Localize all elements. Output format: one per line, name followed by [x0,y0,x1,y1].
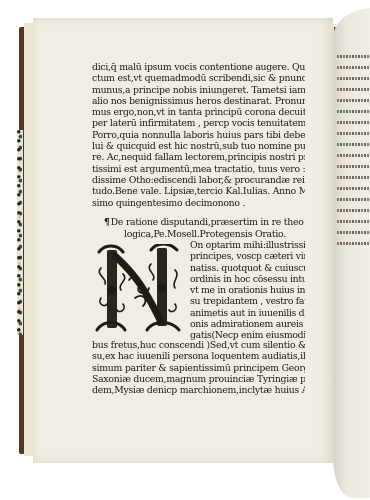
text-line: tissimi est argumentū,mea tractatio, tuu… [92,164,305,175]
oration-heading: ¶De ratione disputandi,præsertim in re t… [104,217,304,240]
facing-page-text [335,55,370,260]
text-line: tudo.Bene vale. Lipsiæ,tercio Kal.Iulias… [92,186,305,197]
text-line: su trepidantem , vestro fauore [190,296,305,307]
text-line: simum pariter & sapientissimū principem … [92,363,305,374]
text-line: re. Ac,nequid fallam lectorem,principis … [92,152,305,163]
text-line: ordinis in hoc cōsessu intueor: [190,274,305,285]
text-line: per laterū infirmitatem , percp vocis te… [92,118,305,129]
text-line: mus ergo,non,vt in tanta principū corona… [92,107,305,118]
decorated-initial-n-icon [95,244,187,334]
text-line: ctum est,vt quemadmodū scribendi,sic & p… [92,73,305,84]
text-line: lui & quicquid est hic nostrū,sub tuo no… [92,141,305,152]
text-line: su,ex hac iuuenili persona loquentem aud… [92,351,305,362]
marbled-endpaper [17,130,23,335]
heading-line-1: De ratione disputandi,præsertim in re th… [111,217,304,228]
text-line: On optarim mihi:illustrissimi [190,240,305,251]
text-line: dissime Otho:ediscendi labor,& procurand… [92,175,305,186]
text-line: dici,q̄ malū ipsum vocis contentione aug… [92,62,305,73]
oration-opening-beside-initial: On optarim mihi:illustrissimi principes,… [190,240,305,342]
text-line: bus fretus,huc conscendi )Sed,vt cum sil… [92,340,305,351]
text-line: onis admirationem aureis arri [190,319,305,330]
text-line: Saxoniæ ducem,magnum prouinciæ Tyringiæ … [92,374,305,385]
text-line: Porro,quia nonnulla laboris huius pars t… [92,130,305,141]
text-line: vt me in orationis huius ingres [190,285,305,296]
text-line: natiss. quotquot & cuiuscuncp [190,263,305,274]
text-line: alio nos benignissimus heros destinarat.… [92,96,305,107]
heading-line-2: logica,Pe.Mosell.Protegensis Oratio. [104,229,304,241]
text-line: dem,Mysiæ denicp marchionem,inclytæ huiu… [92,385,305,396]
dedication-paragraph: dici,q̄ malū ipsum vocis contentione aug… [92,62,305,209]
text-line: animetis aut in iuuenilis dicti- [190,308,305,319]
text-line: munus,a principe nobis iniungeret. Tamet… [92,85,305,96]
text-line: simo quingentesimo decimonono . [92,198,305,209]
pilcrow-icon: ¶ [104,217,110,228]
text-line: principes, voscp cæteri viri or- [190,251,305,262]
oration-continuation: bus fretus,huc conscendi )Sed,vt cum sil… [92,340,305,396]
open-book-photo: dici,q̄ malū ipsum vocis contentione aug… [0,0,370,500]
